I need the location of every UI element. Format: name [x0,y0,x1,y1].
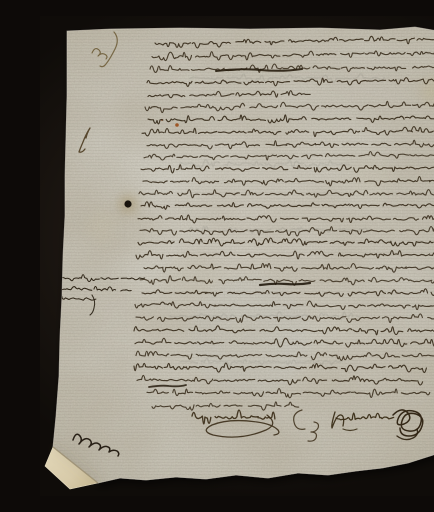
margin-paren-open [49,273,55,303]
manuscript-svg [40,16,434,496]
manuscript-scan [40,16,434,496]
paper-grain-texture [40,16,434,496]
